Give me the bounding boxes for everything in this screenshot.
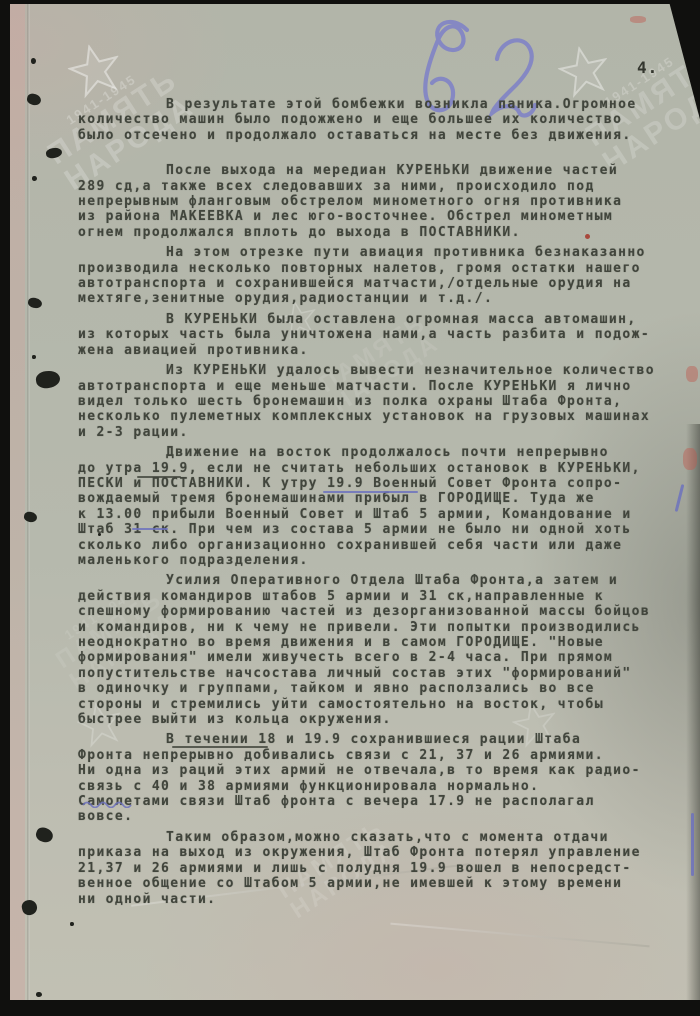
- left-margin-tint: [10, 4, 25, 1000]
- blue-underline-mark: [132, 528, 168, 530]
- red-dot-mark: [585, 234, 590, 239]
- ink-blot: [34, 826, 55, 845]
- paragraph: В КУРЕНЬКИ была оставлена огромная масса…: [78, 312, 678, 358]
- paragraph: Усилия Оперативного Отдела Штаба Фронта,…: [78, 573, 678, 727]
- ink-blot: [36, 992, 42, 997]
- document-text: В результате этой бомбежки возникла пани…: [78, 97, 678, 912]
- ink-blot: [32, 176, 37, 181]
- paragraph: В результате этой бомбежки возникла пани…: [78, 97, 678, 143]
- red-smudge: [683, 448, 697, 470]
- paragraph: На этом отрезке пути авиация противника …: [78, 245, 678, 307]
- ink-blot: [98, 533, 101, 536]
- paper: 1941-1945 ПАМЯТЬ НАРОДА 1941-1945 ПАМЯТЬ…: [10, 4, 700, 1000]
- paragraph: Из КУРЕНЬКИ удалось вывести незначительн…: [78, 363, 678, 440]
- blue-wavy-underline-mark: [82, 800, 140, 808]
- typed-page-number: 4.: [637, 58, 658, 77]
- red-smudge: [686, 366, 698, 382]
- ink-blot: [70, 922, 74, 926]
- blue-underline-mark: [323, 491, 418, 493]
- scanned-page: 1941-1945 ПАМЯТЬ НАРОДА 1941-1945 ПАМЯТЬ…: [0, 0, 700, 1016]
- paragraph: После выхода на мередиан КУРЕНЬКИ движен…: [78, 163, 678, 240]
- underline-date-mark: [172, 746, 268, 748]
- paragraph: Движение на восток продолжалось почти не…: [78, 445, 678, 568]
- ink-blot: [35, 369, 61, 389]
- right-edge-shadow: [686, 424, 700, 1000]
- blue-margin-line-mark: [691, 813, 694, 876]
- ink-blot: [45, 147, 62, 160]
- paper-crease: [390, 923, 649, 948]
- paragraph: Таким образом,можно сказать,что с момент…: [78, 830, 678, 907]
- ink-blot: [31, 58, 36, 64]
- binding-fold: [27, 4, 30, 1000]
- ink-blot: [23, 511, 38, 523]
- paragraph: В течении 18 и 19.9 сохранившиеся рации …: [78, 732, 678, 824]
- star-watermark-icon: [69, 44, 121, 96]
- red-smudge: [630, 16, 646, 23]
- ink-blot: [32, 355, 36, 359]
- underline-date-mark: [137, 476, 181, 478]
